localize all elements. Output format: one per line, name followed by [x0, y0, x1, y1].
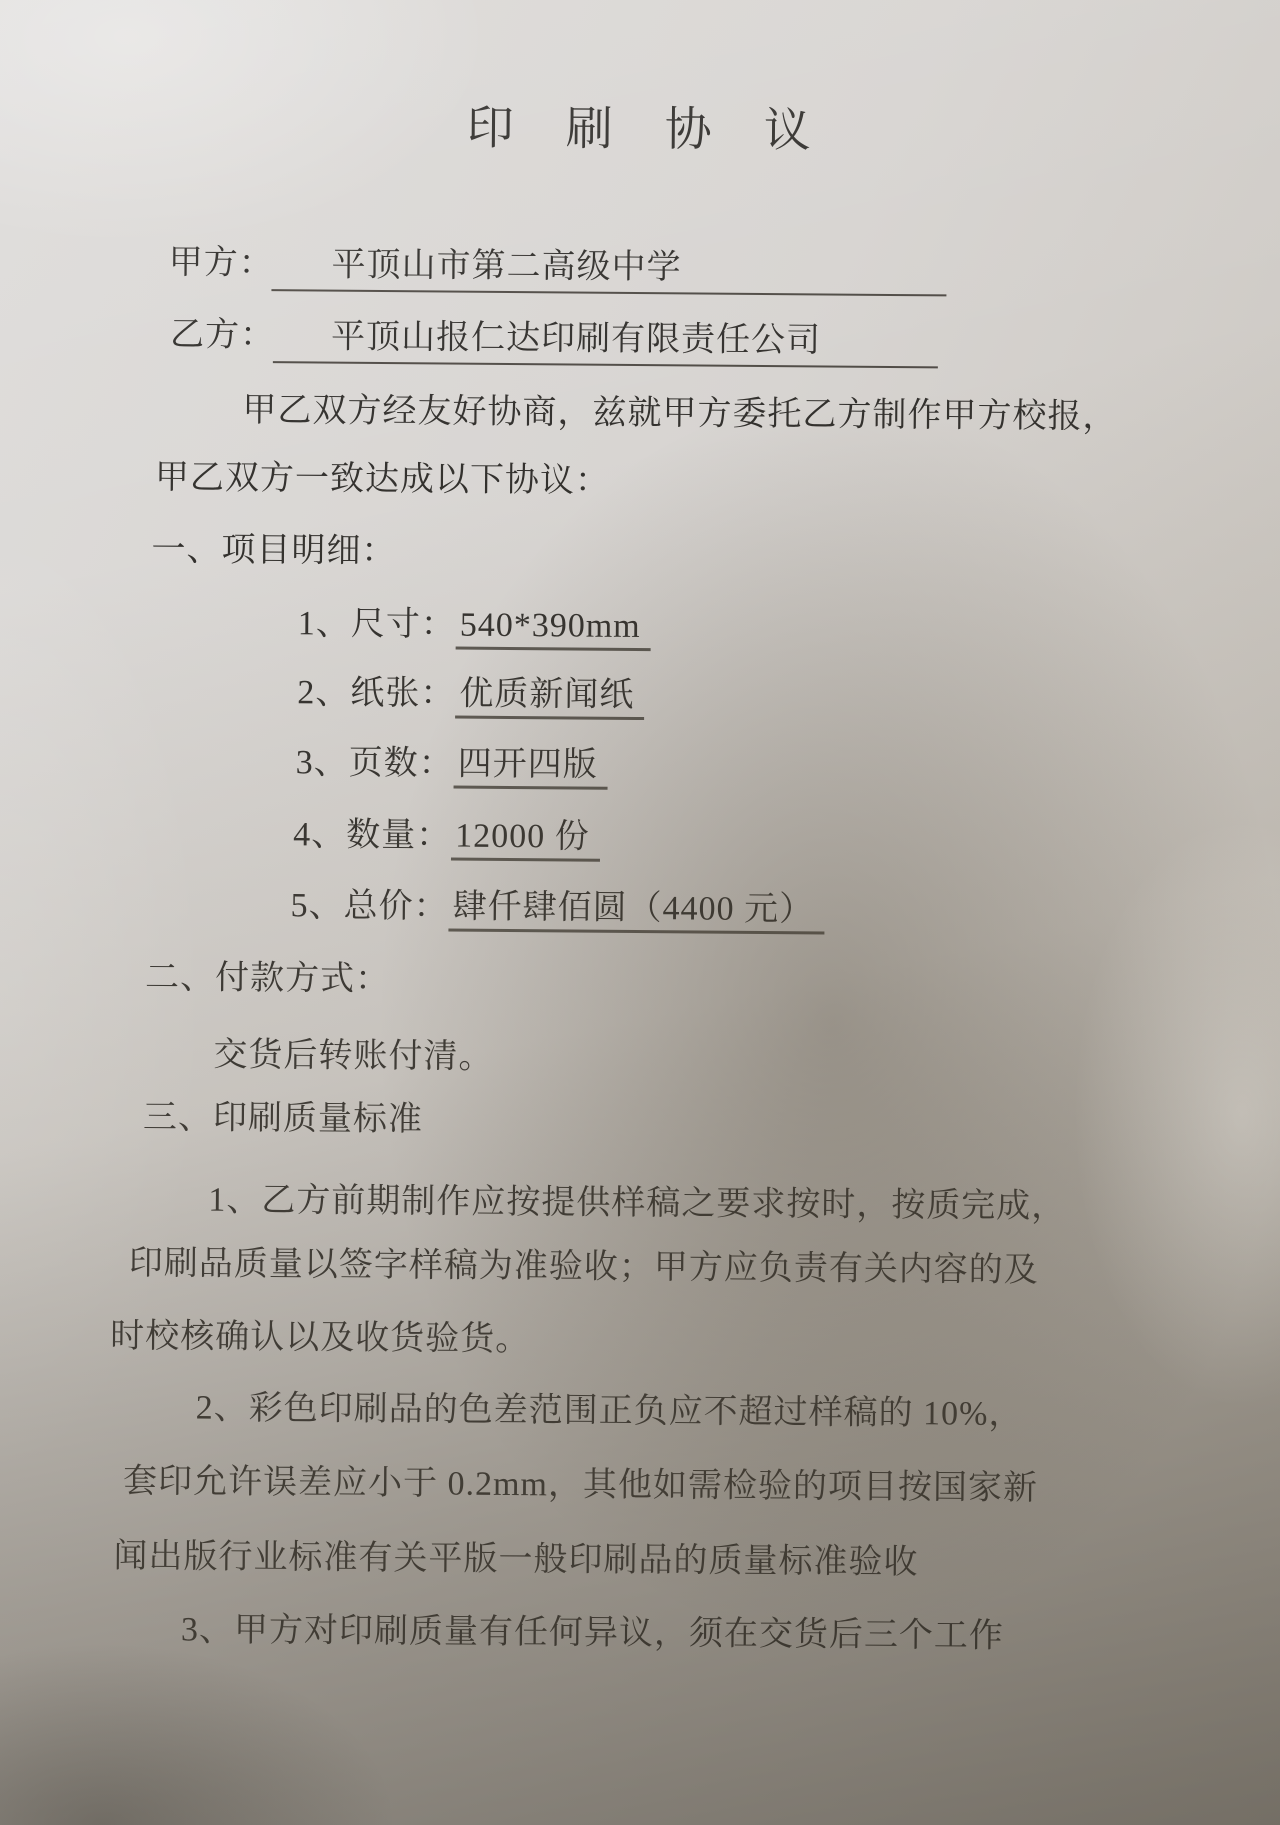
party-b-value: 平顶山报仁达印刷有限责任公司 [273, 315, 821, 363]
photographed-document: { "document": { "title": "印刷协议", "partie… [0, 0, 1280, 1825]
detail-item-price-value: 肆仟肆佰圆（4400 元） [448, 889, 824, 935]
quality-line-3: 时校核确认以及收货验货。 [110, 1316, 530, 1361]
detail-item-size: 1、尺寸：540*390mm [298, 603, 651, 648]
agreement-page: 印刷协议 甲方： 平顶山市第二高级中学 乙方： 平顶山报仁达印刷有限责任公司 甲… [0, 0, 1280, 1825]
quality-line-4: 2、彩色印刷品的色差范围正负应不超过样稿的 10%， [195, 1388, 1023, 1437]
detail-item-price-label: 5、总价： [290, 887, 448, 925]
party-b-row: 乙方： 平顶山报仁达印刷有限责任公司 [6, 0, 1280, 5]
section-quality-heading: 三、印刷质量标准 [143, 1097, 423, 1141]
detail-item-pages: 3、页数：四开四版 [296, 742, 608, 786]
detail-item-quantity: 4、数量：12000 份 [293, 814, 600, 858]
document-title: 印刷协议 [466, 101, 862, 160]
party-a-value: 平顶山市第二高级中学 [271, 243, 681, 290]
quality-line-7: 3、甲方对印刷质量有任何异议，须在交货后三个工作 [181, 1609, 1004, 1657]
section-details-heading: 一、项目明细： [151, 529, 396, 573]
payment-terms-line: 交货后转账付清。 [213, 1035, 493, 1079]
detail-item-size-value: 540*390mm [456, 607, 651, 652]
section-payment-heading: 二、付款方式： [145, 957, 390, 1001]
detail-item-paper-value: 优质新闻纸 [455, 676, 644, 720]
party-b-underline: 平顶山报仁达印刷有限责任公司 [273, 315, 938, 368]
detail-item-paper-label: 2、纸张： [297, 674, 455, 712]
preamble-line-1: 甲乙双方经友好协商，兹就甲方委托乙方制作甲方校报， [242, 390, 1117, 439]
quality-line-1: 1、乙方前期制作应按提供样稿之要求按时，按质完成， [208, 1180, 1066, 1229]
quality-line-2: 印刷品质量以签字样稿为准验收；甲方应负责有关内容的及 [129, 1243, 1039, 1292]
detail-item-quantity-label: 4、数量： [293, 816, 451, 854]
detail-item-pages-label: 3、页数： [296, 744, 454, 782]
party-a-row: 甲方： 平顶山市第二高级中学 [6, 0, 1280, 5]
detail-item-price: 5、总价：肆仟肆佰圆（4400 元） [290, 885, 824, 931]
detail-item-size-label: 1、尺寸： [298, 605, 456, 643]
detail-item-paper: 2、纸张：优质新闻纸 [297, 672, 644, 717]
party-a-label: 甲方： [168, 242, 273, 285]
quality-line-6: 闻出版行业标准有关平版一般印刷品的质量标准验收 [113, 1536, 918, 1584]
detail-item-quantity-value: 12000 份 [451, 818, 600, 862]
preamble-line-2: 甲乙双方一致达成以下协议： [155, 457, 610, 503]
party-b-label: 乙方： [170, 314, 275, 357]
detail-item-pages-value: 四开四版 [454, 746, 608, 790]
party-a-underline: 平顶山市第二高级中学 [271, 243, 946, 296]
quality-line-5: 套印允许误差应小于 0.2mm，其他如需检验的项目按国家新 [123, 1461, 1038, 1510]
